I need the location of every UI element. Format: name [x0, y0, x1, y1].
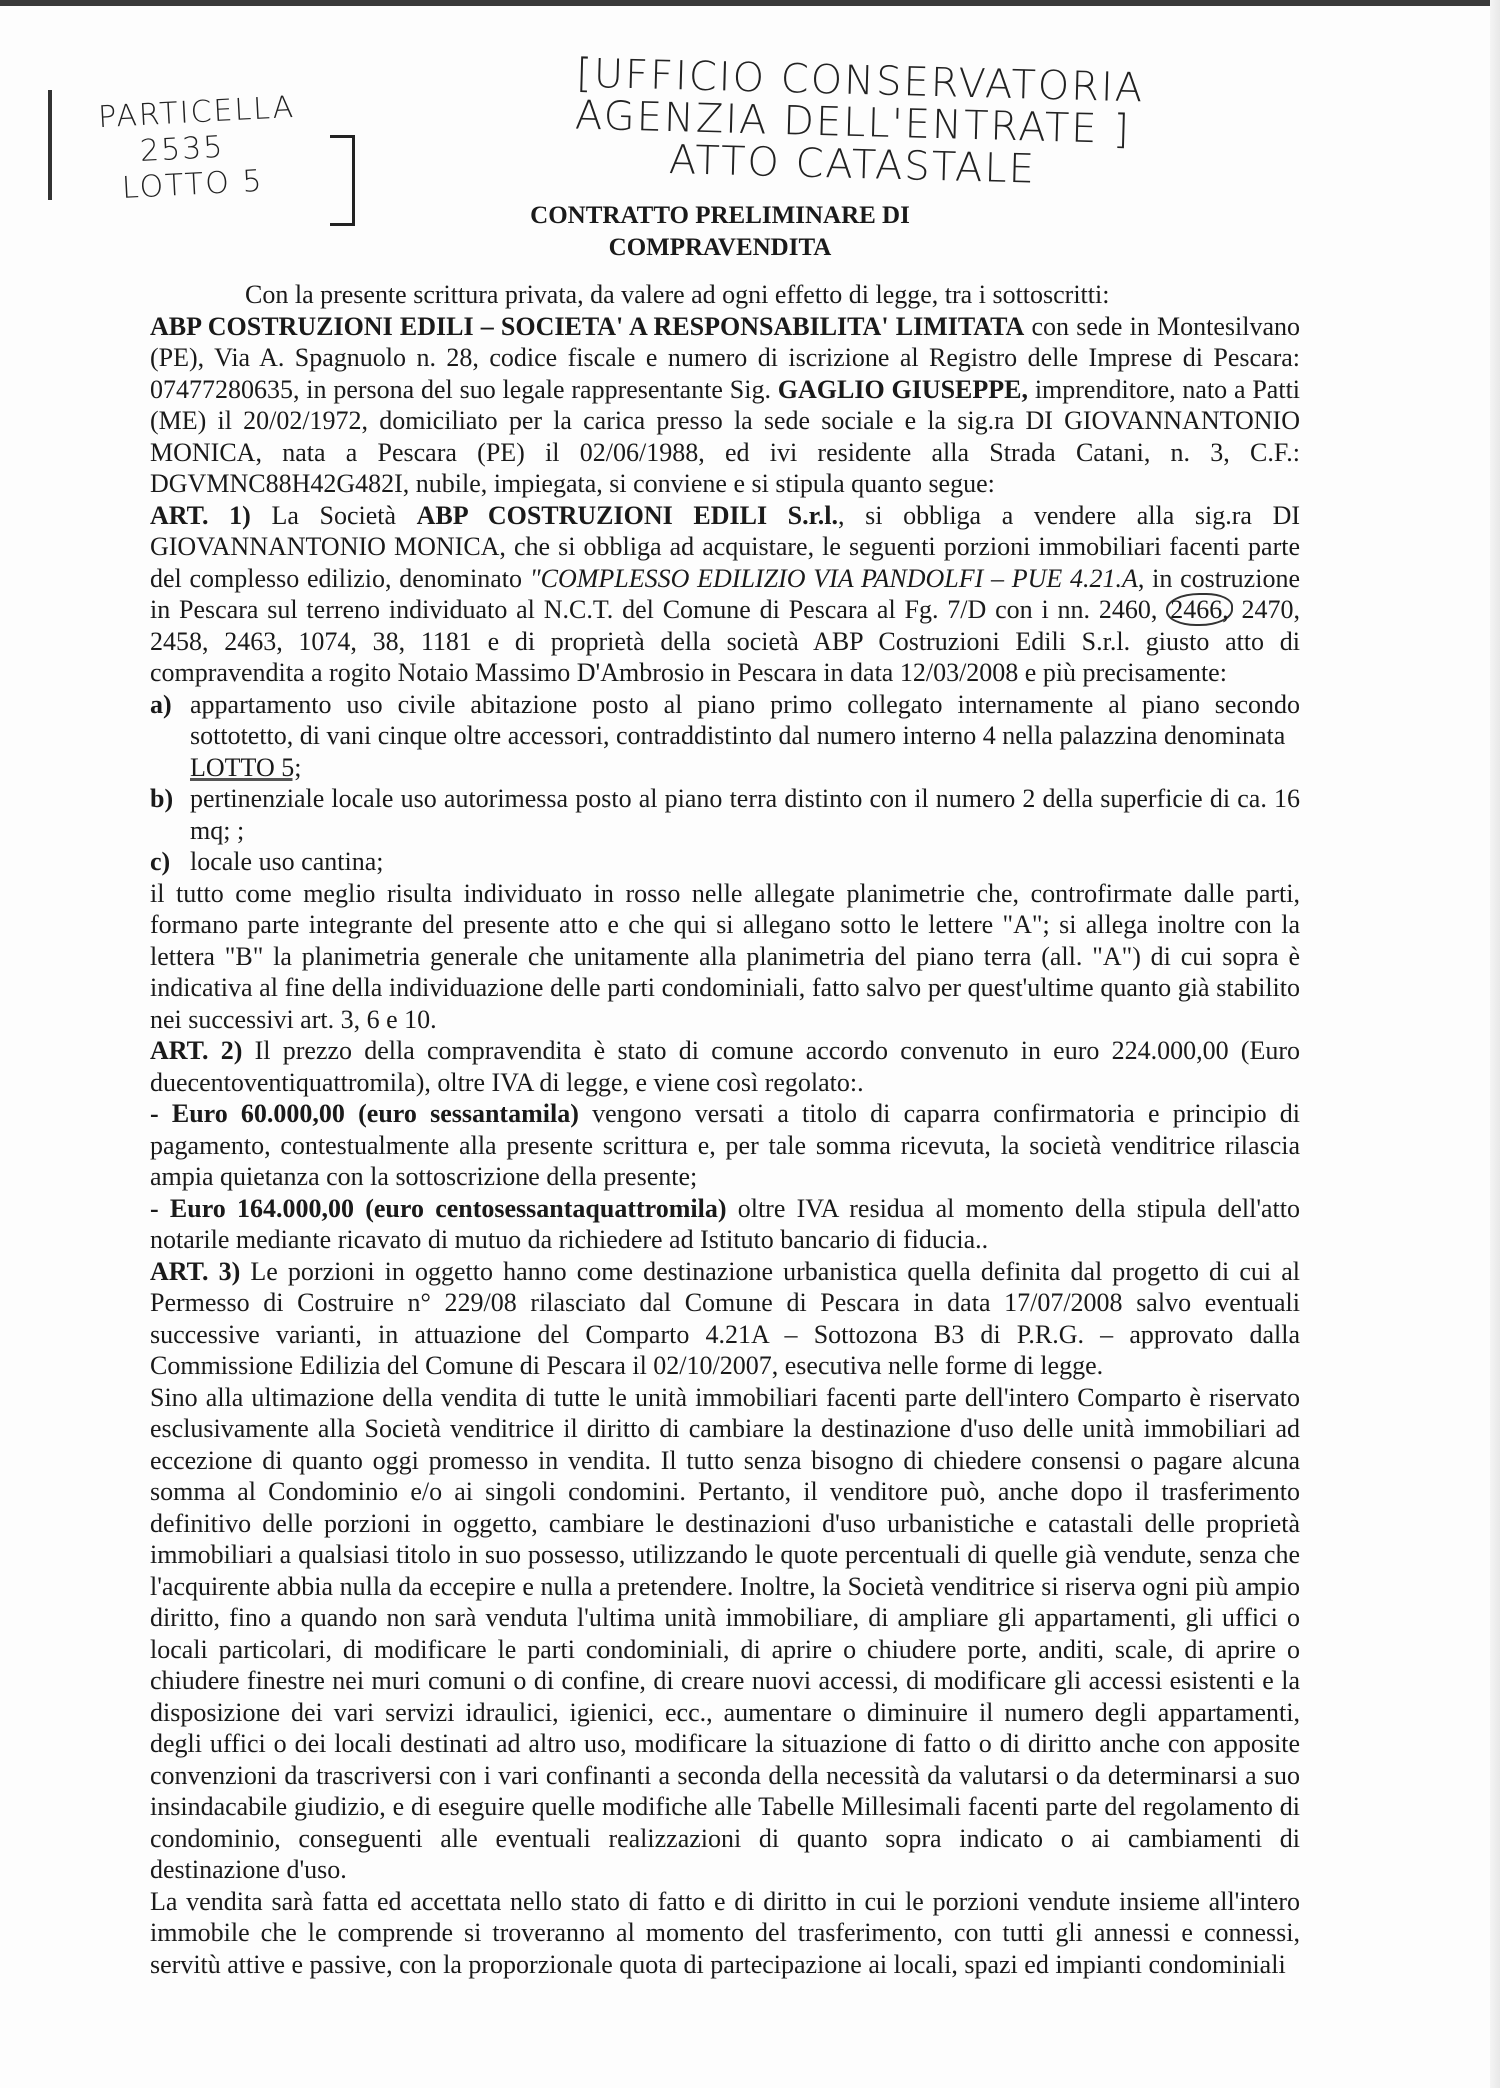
- payment-1-amount: - Euro 60.000,00 (euro sessantamila): [150, 1099, 579, 1128]
- art3-paragraph: ART. 3) Le porzioni in oggetto hanno com…: [150, 1256, 1300, 1382]
- intro-text: Con la presente scrittura privata, da va…: [245, 280, 1109, 309]
- art3-paragraph-2: Sino alla ultimazione della vendita di t…: [150, 1382, 1300, 1886]
- item-label: b): [150, 783, 190, 846]
- handwritten-bracket: [48, 90, 58, 200]
- intro-paragraph: Con la presente scrittura privata, da va…: [150, 279, 1300, 311]
- circled-parcel-number: 2466,: [1166, 593, 1233, 626]
- document-title: CONTRATTO PRELIMINARE DI COMPRAVENDITA: [420, 200, 1020, 263]
- list-item-c: c) locale uso cantina;: [150, 846, 1300, 878]
- art2-paragraph: ART. 2) Il prezzo della compravendita è …: [150, 1035, 1300, 1098]
- art1-tail-paragraph: il tutto come meglio risulta individuato…: [150, 878, 1300, 1036]
- lotto-label: LOTTO 5;: [190, 753, 301, 782]
- item-text: pertinenziale locale uso autorimessa pos…: [190, 783, 1300, 846]
- handwritten-office-note: [UFFICIO CONSERVATORIA AGENZIA DELL'ENTR…: [573, 53, 1144, 194]
- list-item-b: b) pertinenziale locale uso autorimessa …: [150, 783, 1300, 846]
- art2-text: Il prezzo della compravendita è stato di…: [150, 1036, 1300, 1097]
- contract-document: CONTRATTO PRELIMINARE DI COMPRAVENDITA C…: [150, 200, 1300, 1980]
- scan-edge-right: [1490, 0, 1500, 2088]
- item-label: a): [150, 689, 190, 784]
- art3-label: ART. 3): [150, 1257, 240, 1286]
- payment-2: - Euro 164.000,00 (euro centosessantaqua…: [150, 1193, 1300, 1256]
- parties-paragraph: ABP COSTRUZIONI EDILI – SOCIETA' A RESPO…: [150, 311, 1300, 500]
- list-item-a: a) appartamento uso civile abitazione po…: [150, 689, 1300, 784]
- art1-label: ART. 1): [150, 501, 251, 530]
- payment-1: - Euro 60.000,00 (euro sessantamila) ven…: [150, 1098, 1300, 1193]
- art1-paragraph: ART. 1) La Società ABP COSTRUZIONI EDILI…: [150, 500, 1300, 689]
- representative-name: GAGLIO GIUSEPPE,: [778, 375, 1028, 404]
- item-text: locale uso cantina;: [190, 846, 1300, 878]
- complex-name: "COMPLESSO EDILIZIO VIA PANDOLFI – PUE 4…: [530, 564, 1138, 593]
- art3-text: Le porzioni in oggetto hanno come destin…: [150, 1257, 1300, 1381]
- handwritten-parcel-note: PARTICELLA 2535 LOTTO 5: [97, 90, 299, 208]
- scan-edge-top: [0, 0, 1500, 6]
- art1-text-a: La Società: [251, 501, 417, 530]
- company-name: ABP COSTRUZIONI EDILI – SOCIETA' A RESPO…: [150, 312, 1024, 341]
- art3-paragraph-3: La vendita sarà fatta ed accettata nello…: [150, 1886, 1300, 1981]
- item-label: c): [150, 846, 190, 878]
- payment-2-amount: - Euro 164.000,00 (euro centosessantaqua…: [150, 1194, 726, 1223]
- art2-label: ART. 2): [150, 1036, 242, 1065]
- item-text: appartamento uso civile abitazione posto…: [190, 690, 1300, 751]
- art1-company: ABP COSTRUZIONI EDILI S.r.l.: [417, 501, 838, 530]
